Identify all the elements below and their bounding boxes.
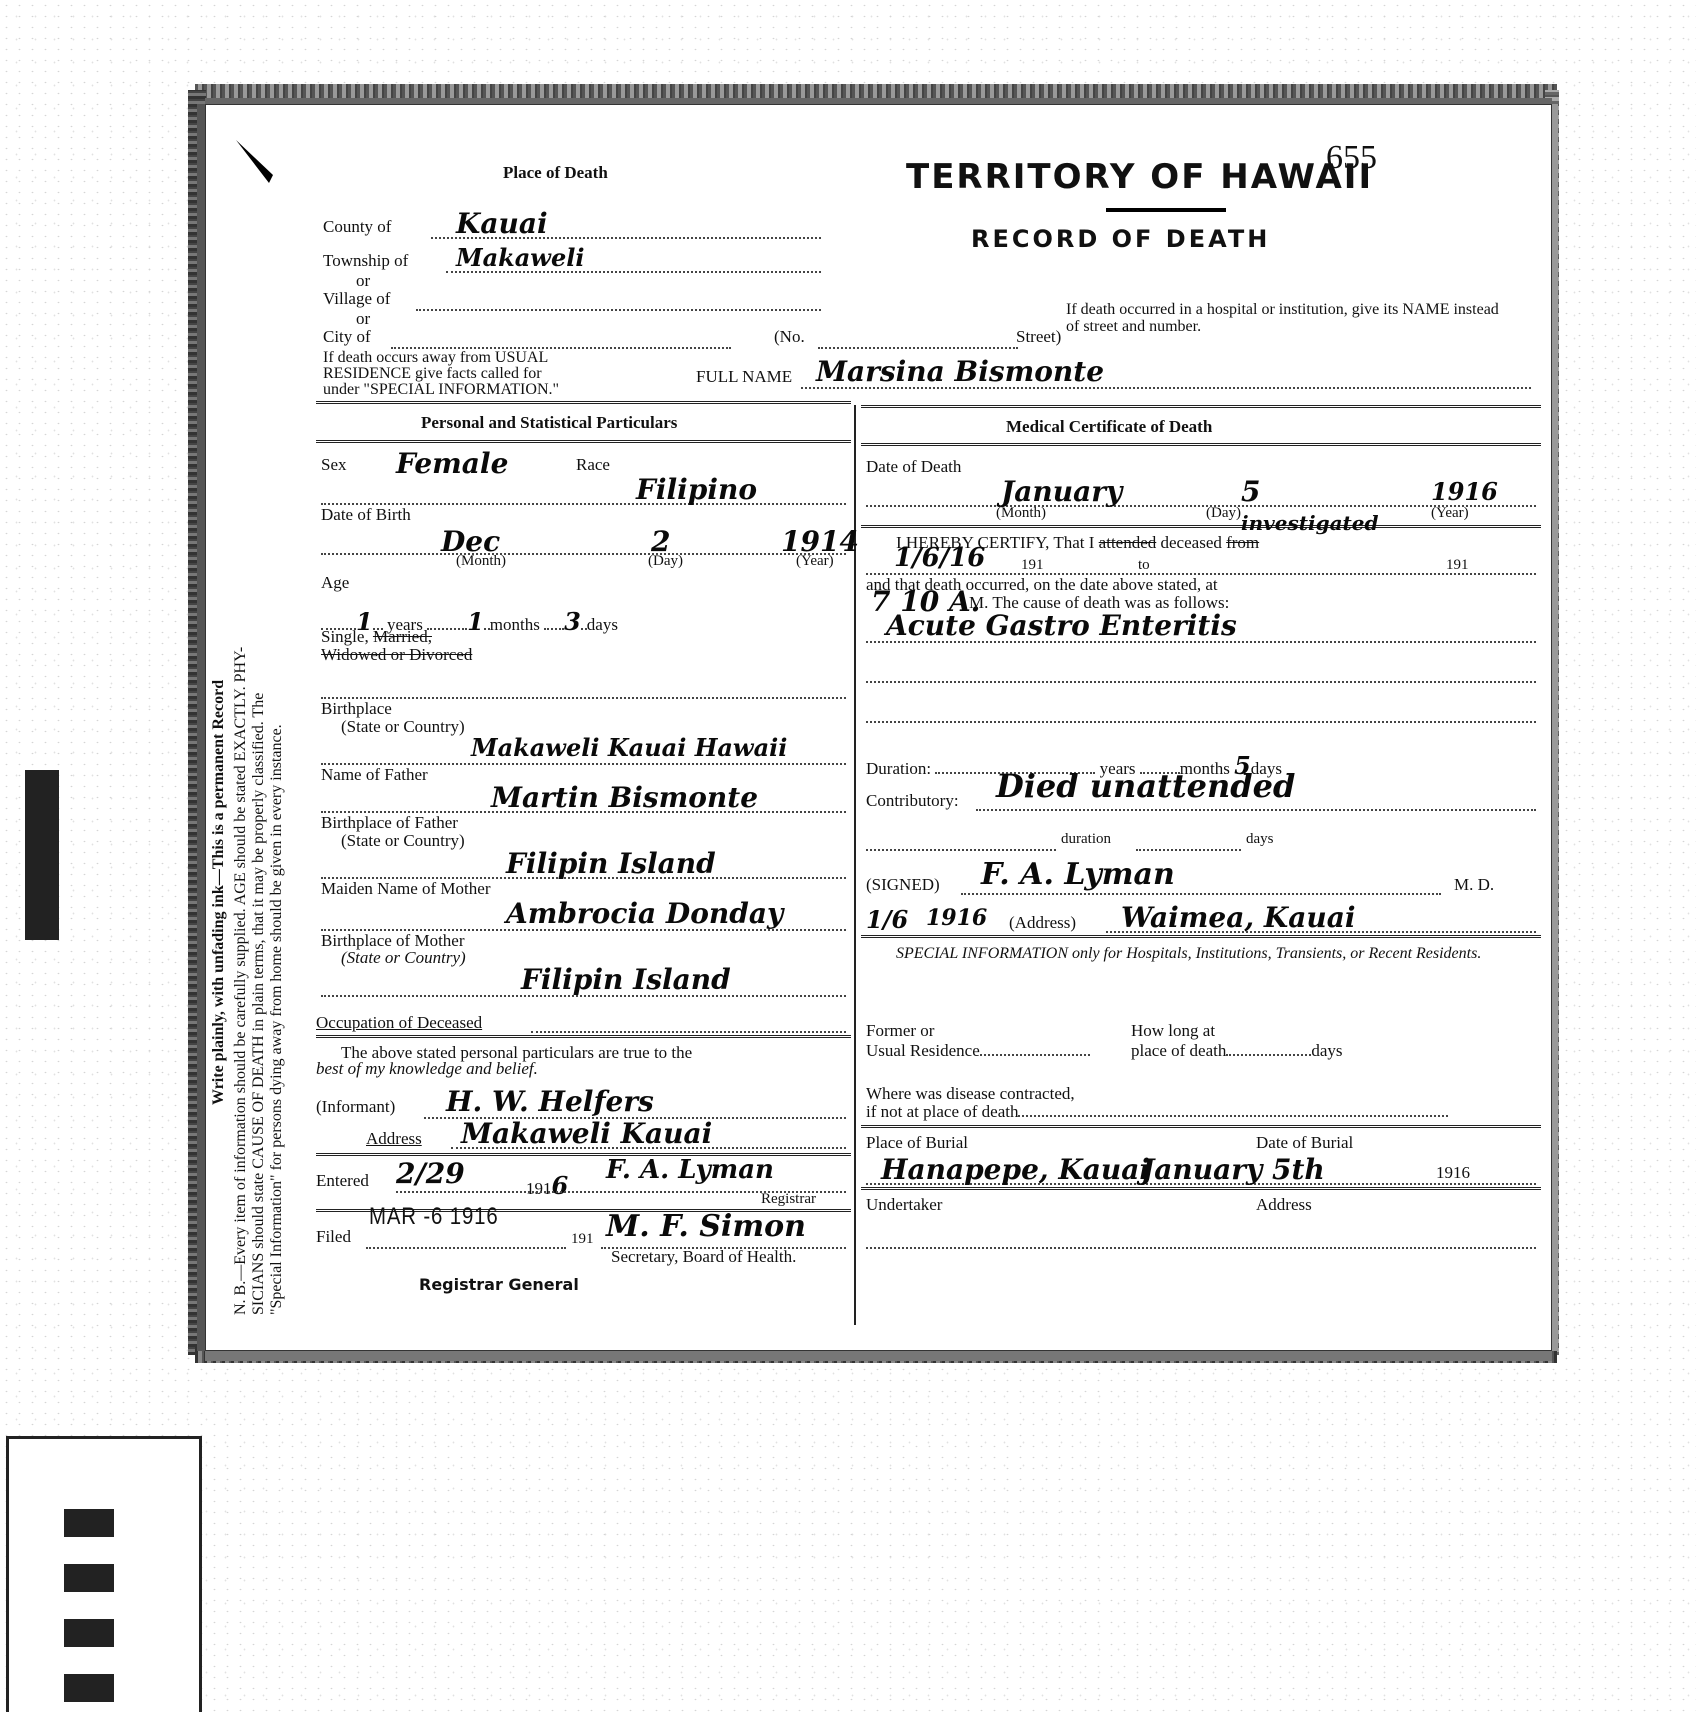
father-birthplace-label: Birthplace of Father — [321, 813, 458, 833]
registrar-general-label: Registrar General — [419, 1275, 579, 1294]
village-field — [416, 307, 821, 311]
page-edge-top — [195, 84, 1557, 98]
attest-line-2: best of my knowledge and belief. — [316, 1059, 538, 1079]
dob-label: Date of Birth — [321, 505, 411, 525]
dod-month-caption: (Month) — [996, 505, 1046, 522]
residence-note: If death occurs away from USUAL RESIDENC… — [323, 350, 559, 398]
city-label: City of — [323, 327, 371, 347]
contributory-label: Contributory: — [866, 791, 959, 811]
to-year-prefix: 191 — [1446, 557, 1469, 574]
street-label: Street) — [1016, 327, 1061, 347]
title-divider — [1106, 208, 1226, 212]
checkmark-icon — [231, 135, 291, 195]
mother-birthplace-sub: (State or Country) — [341, 948, 466, 968]
informant-address-label: Address — [366, 1129, 422, 1149]
village-label: Village of — [323, 289, 390, 309]
mother-value: Ambrocia Donday — [506, 897, 783, 930]
father-birthplace-value: Filipin Island — [506, 847, 716, 880]
territory-title: TERRITORY OF HAWAII — [906, 157, 1373, 197]
entered-year: 1916 — [526, 1171, 568, 1200]
signed-label: (SIGNED) — [866, 875, 940, 895]
father-birthplace-sub: (State or Country) — [341, 831, 465, 851]
certify-from-date: 1/6/16 — [894, 543, 985, 573]
township-value: Makaweli — [456, 243, 584, 272]
date-of-death-label: Date of Death — [866, 457, 961, 477]
instruction-line-1: Write plainly, with unfading ink—This is… — [210, 680, 228, 1105]
birthplace-sub: (State or Country) — [341, 717, 465, 737]
filed-stamp: MAR -6 1916 — [369, 1203, 499, 1231]
mother-birthplace-value: Filipin Island — [521, 963, 731, 996]
date-of-burial-label: Date of Burial — [1256, 1133, 1353, 1153]
year-caption: (Year) — [796, 553, 834, 570]
hospital-note: If death occurred in a hospital or insti… — [1066, 301, 1506, 335]
place-of-burial-label: Place of Burial — [866, 1133, 968, 1153]
record-title: RECORD OF DEATH — [971, 225, 1270, 253]
physician-address-label: (Address) — [1009, 913, 1076, 933]
occupation-label: Occupation of Deceased — [316, 1013, 482, 1033]
sub-duration-label: duration — [1061, 831, 1111, 848]
sex-value: Female — [396, 447, 508, 480]
full-name-value: Marsina Bismonte — [816, 355, 1104, 388]
how-long-at-place: How long at place of deathdays — [1131, 1021, 1343, 1061]
registrar-label: Registrar — [761, 1191, 816, 1208]
binder-tab — [25, 770, 59, 940]
county-value: Kauai — [456, 207, 548, 240]
dod-day-caption: (Day) — [1206, 505, 1241, 522]
secretary-signature: M. F. Simon — [606, 1209, 806, 1244]
full-name-label: FULL NAME — [696, 367, 792, 387]
place-of-burial-value: Hanapepe, Kauai — [881, 1153, 1150, 1186]
dod-day: 5 — [1241, 475, 1260, 508]
age-days: 3 — [564, 607, 581, 636]
marital-widowed: Widowed or Divorced — [321, 645, 472, 665]
undertaker-label: Undertaker — [866, 1195, 942, 1215]
day-caption: (Day) — [648, 553, 683, 570]
entered-label: Entered — [316, 1171, 369, 1191]
instruction-line-2: N. B.—Every item of information should b… — [232, 647, 250, 1315]
binder-corner — [6, 1436, 202, 1712]
dod-year-caption: (Year) — [1431, 505, 1469, 522]
physician-signature: F. A. Lyman — [981, 857, 1175, 892]
father-label: Name of Father — [321, 765, 428, 785]
race-value: Filipino — [636, 473, 757, 506]
instruction-line-4: "Special Information" for persons dying … — [268, 724, 286, 1315]
filed-label: Filed — [316, 1227, 351, 1247]
occupation-field — [531, 1029, 846, 1033]
county-label: County of — [323, 217, 391, 237]
month-caption: (Month) — [456, 553, 506, 570]
or-label: or — [356, 309, 370, 329]
page-edge-left — [188, 90, 206, 1355]
instruction-line-3: SICIANS should state CAUSE OF DEATH in p… — [250, 693, 268, 1315]
father-value: Martin Bismonte — [491, 781, 758, 814]
physician-address-value: Waimea, Kauai — [1121, 901, 1356, 934]
birthplace-value: Makaweli Kauai Hawaii — [471, 733, 787, 762]
sex-label: Sex — [321, 455, 347, 475]
from-year-prefix: 191 — [1021, 557, 1044, 574]
dod-month: January — [1001, 475, 1122, 508]
dod-year: 1916 — [1431, 477, 1498, 506]
sub-days-label: days — [1246, 831, 1274, 848]
marital-status: Single, Married, — [321, 627, 432, 647]
cause-line-2 — [866, 679, 1536, 683]
cause-line-3 — [866, 719, 1536, 723]
informant-label: (Informant) — [316, 1097, 395, 1117]
race-label: Race — [576, 455, 610, 475]
place-of-death-heading: Place of Death — [503, 163, 608, 183]
personal-heading: Personal and Statistical Particulars — [421, 413, 677, 433]
informant-value: H. W. Helfers — [446, 1085, 654, 1118]
secretary-label: Secretary, Board of Health. — [611, 1247, 796, 1267]
signed-year: 1916 — [926, 905, 987, 931]
mother-label: Maiden Name of Mother — [321, 879, 490, 899]
death-record-form: Write plainly, with unfading ink—This is… — [205, 104, 1552, 1351]
cause-of-death: Acute Gastro Enteritis — [886, 609, 1237, 642]
age-months: 1 — [467, 607, 484, 636]
undertaker-field — [866, 1245, 1536, 1249]
disease-contracted: Where was disease contracted, if not at … — [866, 1085, 1448, 1121]
md-label: M. D. — [1454, 875, 1494, 895]
date-of-burial-year: 1916 — [1436, 1163, 1470, 1183]
undertaker-address-label: Address — [1256, 1195, 1312, 1215]
former-residence: Former or Usual Residence — [866, 1021, 1090, 1061]
record-number: 655 — [1326, 139, 1377, 177]
street-no-label: (No. — [774, 327, 805, 347]
birthplace-label: Birthplace — [321, 699, 392, 719]
age-label: Age — [321, 573, 349, 593]
township-label: Township of — [323, 251, 408, 271]
registrar-signature: F. A. Lyman — [606, 1155, 774, 1185]
entered-date: 2/29 — [396, 1157, 465, 1190]
to-label: to — [1138, 557, 1150, 574]
special-info-note: SPECIAL INFORMATION only for Hospitals, … — [866, 945, 1536, 963]
certify-inserted: investigated — [1241, 511, 1378, 535]
medical-heading: Medical Certificate of Death — [1006, 417, 1212, 437]
filed-year-prefix: 191 — [571, 1231, 594, 1248]
informant-address-value: Makaweli Kauai — [461, 1117, 712, 1150]
signed-date: 1/6 — [866, 905, 908, 934]
date-of-burial-value: January 5th — [1141, 1153, 1325, 1186]
contributory-value: Died unattended — [996, 767, 1295, 805]
or-label: or — [356, 271, 370, 291]
